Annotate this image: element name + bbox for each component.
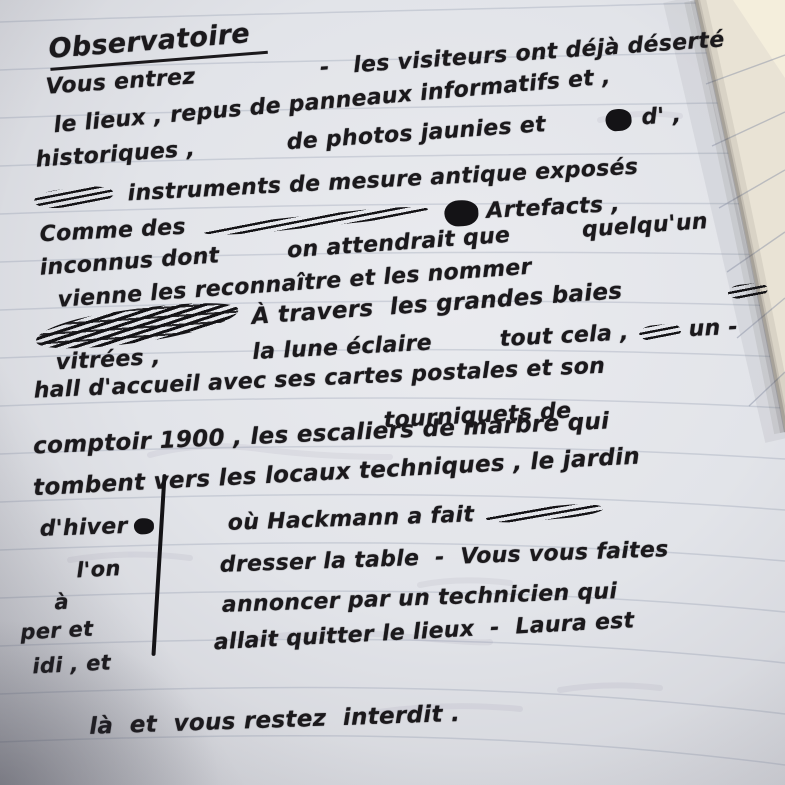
notebook-photo: Observatoire Vous entrez- les visiteurs … bbox=[0, 0, 785, 785]
line-text: là et vous restez interdit . bbox=[89, 701, 461, 740]
line-text: allait quitter le lieux - Laura est bbox=[213, 608, 635, 655]
line-text: idi , et bbox=[32, 650, 112, 678]
crossed-out-word-scribble bbox=[638, 322, 681, 341]
crossed-out-scribble bbox=[605, 108, 632, 132]
line-text: quelqu'un bbox=[581, 209, 708, 243]
line-text: d' , bbox=[641, 103, 682, 131]
ink-blot bbox=[133, 518, 154, 535]
line-text: l'on bbox=[76, 556, 121, 582]
line-text: un - bbox=[688, 315, 739, 343]
handwritten-line-18: là et vous restez interdit . bbox=[55, 675, 462, 767]
